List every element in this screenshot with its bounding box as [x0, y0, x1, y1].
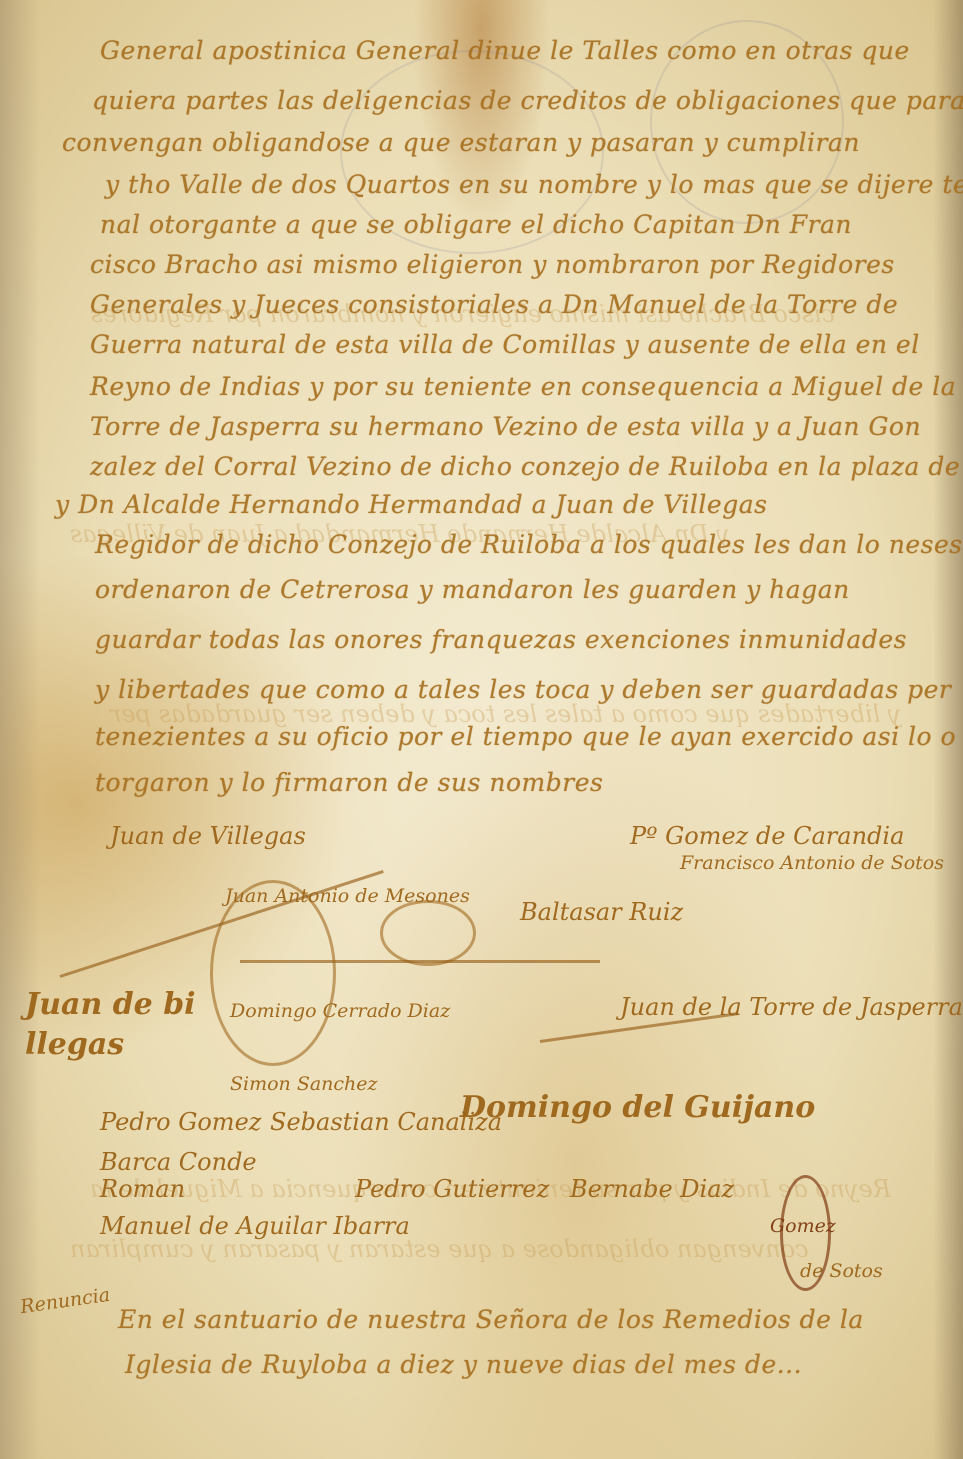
body-line: nal otorgante a que se obligare el dicho…	[100, 210, 852, 239]
page-edge-left	[0, 0, 40, 1459]
body-line: General apostinica General dinue le Tall…	[100, 36, 910, 65]
body-line: y tho Valle de dos Quartos en su nombre …	[105, 170, 963, 199]
body-line: Torre de Jasperra su hermano Vezino de e…	[90, 412, 921, 441]
body-line: Reyno de Indias y por su teniente en con…	[90, 372, 956, 401]
signature: Pedro Gomez	[100, 1108, 261, 1136]
signature: Juan de billegas	[25, 985, 196, 1065]
body-line: Generales y Jueces consistoriales a Dn M…	[90, 290, 898, 319]
closing-line: En el santuario de nuestra Señora de los…	[118, 1305, 864, 1334]
body-line: y libertades que como a tales les toca y…	[95, 675, 951, 704]
body-line: Regidor de dicho Conzejo de Ruiloba a lo…	[95, 530, 963, 559]
signature: Roman	[100, 1175, 185, 1203]
body-line: zalez del Corral Vezino de dicho conzejo…	[90, 452, 963, 481]
signature: Francisco Antonio de Sotos	[680, 852, 944, 874]
body-line: convengan obligandose a que estaran y pa…	[62, 128, 860, 157]
signature: Manuel de Aguilar Ibarra	[100, 1212, 410, 1240]
body-line: torgaron y lo firmaron de sus nombres	[95, 768, 603, 797]
body-line: tenezientes a su oficio por el tiempo qu…	[95, 722, 956, 751]
signature: Domingo del Guijano	[460, 1090, 815, 1125]
signature: Pedro Gutierrez	[355, 1175, 549, 1203]
manuscript-page: cisco Bracho asi mismo eligieron y nombr…	[0, 0, 963, 1459]
signature: Pº Gomez de Carandia	[630, 822, 904, 850]
body-line: Guerra natural de esta villa de Comillas…	[90, 330, 920, 359]
body-line: guardar todas las onores franquezas exen…	[95, 625, 907, 654]
signature: Baltasar Ruiz	[520, 898, 683, 926]
body-line: ordenaron de Cetrerosa y mandaron les gu…	[95, 575, 850, 604]
body-line: quiera partes las deligencias de credito…	[92, 86, 963, 115]
signature-flourish	[380, 900, 476, 966]
closing-line: Iglesia de Ruyloba a diez y nueve dias d…	[125, 1350, 802, 1379]
signature: Barca Conde	[100, 1148, 257, 1176]
signature: Juan de la Torre de Jasperra	[620, 988, 963, 1026]
signature: Juan de Villegas	[110, 822, 306, 850]
signature-stroke	[240, 960, 600, 963]
signature: Simon Sanchez	[230, 1073, 378, 1095]
signature: Bernabe Diaz	[570, 1175, 734, 1203]
body-line: cisco Bracho asi mismo eligieron y nombr…	[90, 250, 895, 279]
body-line: y Dn Alcalde Hernando Hermandad a Juan d…	[55, 490, 767, 519]
signature-flourish	[780, 1175, 831, 1291]
